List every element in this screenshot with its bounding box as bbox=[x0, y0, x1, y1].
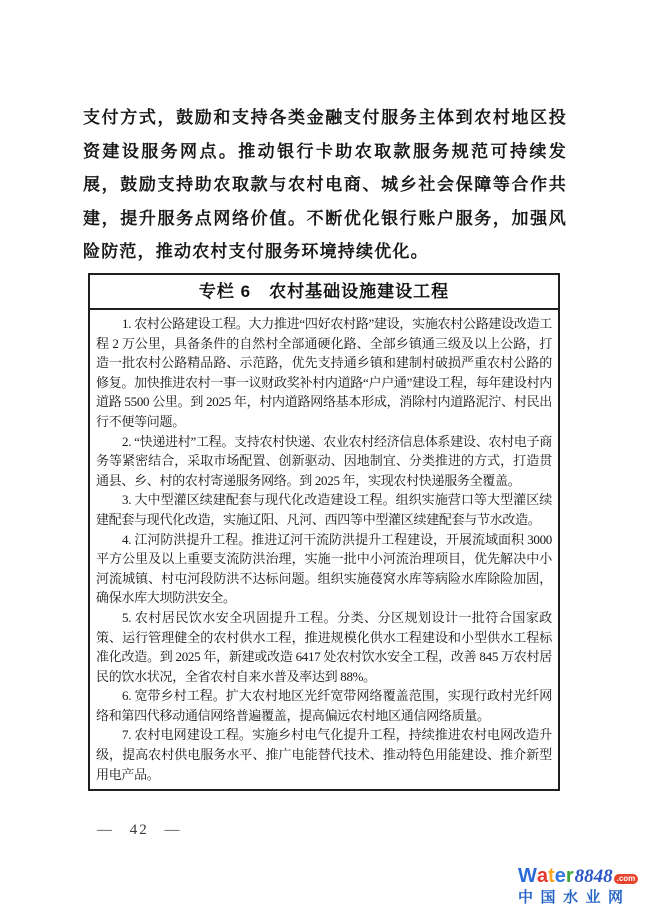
watermark-letter: t bbox=[548, 866, 555, 886]
column-box-title: 专栏 6 农村基础设施建设工程 bbox=[90, 275, 558, 310]
watermark-subtitle: 中国水业网 bbox=[518, 890, 650, 905]
watermark-letter: e bbox=[555, 866, 566, 886]
column-item-1: 1. 农村公路建设工程。大力推进“四好农村路”建设，实施农村公路建设改造工程 2… bbox=[96, 314, 552, 432]
watermark-brand: W a t e r 8848 .com bbox=[518, 866, 644, 886]
watermark-letter: a bbox=[537, 866, 548, 886]
column-item-6: 6. 宽带乡村工程。扩大农村地区光纤宽带网络覆盖范围，实现行政村光纤网络和第四代… bbox=[96, 686, 552, 725]
column-item-5: 5. 农村居民饮水安全巩固提升工程。分类、分区规划设计一批符合国家政策、运行管理… bbox=[96, 608, 552, 686]
body-paragraph: 支付方式，鼓励和支持各类金融支付服务主体到农村地区投资建设服务网点。推动银行卡助… bbox=[83, 101, 567, 269]
column-item-3: 3. 大中型灌区续建配套与现代化改造建设工程。组织实施营口等大型灌区续建配套与现… bbox=[96, 490, 552, 529]
column-item-4: 4. 江河防洪提升工程。推进辽河干流防洪提升工程建设，开展流域面积 3000 平… bbox=[96, 530, 552, 608]
document-page: 支付方式，鼓励和支持各类金融支付服务主体到农村地区投资建设服务网点。推动银行卡助… bbox=[0, 0, 650, 919]
column-item-7: 7. 农村电网建设工程。实施乡村电气化提升工程，持续推进农村电网改造升级，提高农… bbox=[96, 725, 552, 784]
watermark-letter: W bbox=[518, 866, 537, 886]
column-item-2: 2. “快递进村”工程。支持农村快递、农业农村经济信息体系建设、农村电子商务等紧… bbox=[96, 432, 552, 491]
watermark-letter: r bbox=[566, 866, 574, 886]
page-number: — 42 — bbox=[97, 822, 182, 839]
watermark-digits: 8848 bbox=[575, 867, 613, 886]
site-watermark-logo: W a t e r 8848 .com 中国水业网 bbox=[518, 866, 644, 905]
watermark-tld-badge: .com bbox=[614, 874, 639, 885]
column-box-body: 1. 农村公路建设工程。大力推进“四好农村路”建设，实施农村公路建设改造工程 2… bbox=[90, 310, 558, 789]
column-box: 专栏 6 农村基础设施建设工程 1. 农村公路建设工程。大力推进“四好农村路”建… bbox=[88, 273, 560, 791]
